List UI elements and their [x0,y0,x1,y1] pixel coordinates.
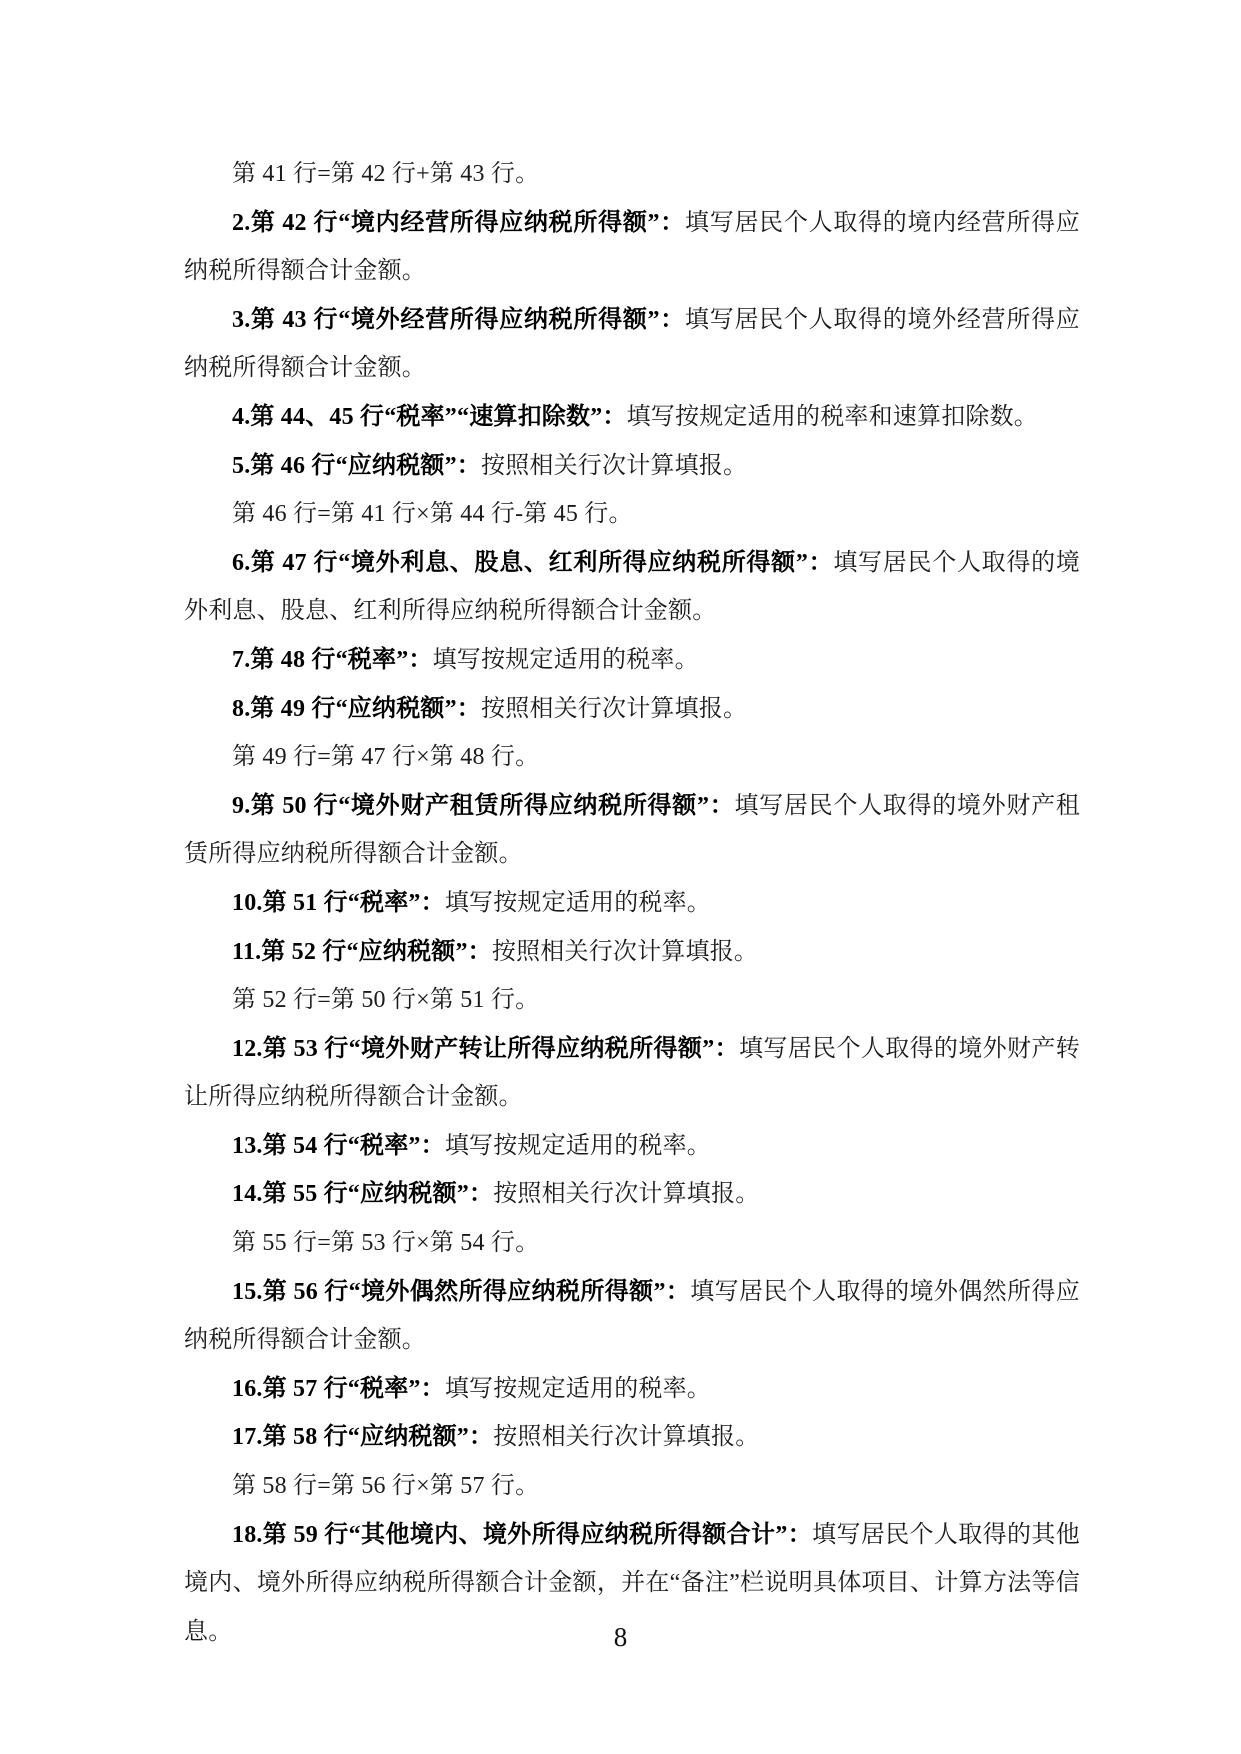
item-heading: 15.第 56 行“境外偶然所得应纳税所得额”： [232,1279,690,1305]
item-heading: 3.第 43 行“境外经营所得应纳税所得额”： [232,307,685,333]
formula-text: 第 41 行=第 42 行+第 43 行。 [232,161,539,187]
item-heading: 12.第 53 行“境外财产转让所得应纳税所得额”： [232,1036,739,1062]
paragraph-item: 2.第 42 行“境内经营所得应纳税所得额”：填写居民个人取得的境内经营所得应纳… [184,199,1080,296]
item-heading: 2.第 42 行“境内经营所得应纳税所得额”： [232,210,685,236]
paragraph-item: 13.第 54 行“税率”：填写按规定适用的税率。 [184,1122,1080,1171]
item-heading: 14.第 55 行“应纳税额”： [232,1181,493,1207]
document-page: 第 41 行=第 42 行+第 43 行。2.第 42 行“境内经营所得应纳税所… [0,0,1241,1754]
item-heading: 9.第 50 行“境外财产租赁所得应纳税所得额”： [232,793,734,819]
item-heading: 18.第 59 行“其他境内、境外所得应纳税所得额合计”： [232,1522,812,1548]
item-text: 按照相关行次计算填报。 [493,1181,759,1207]
item-heading: 4.第 44、45 行“税率”“速算扣除数”： [232,404,627,430]
document-body: 第 41 行=第 42 行+第 43 行。2.第 42 行“境内经营所得应纳税所… [184,150,1080,1656]
paragraph-item: 14.第 55 行“应纳税额”：按照相关行次计算填报。 [184,1170,1080,1219]
item-text: 按照相关行次计算填报。 [493,1424,759,1450]
formula-text: 第 58 行=第 56 行×第 57 行。 [232,1473,539,1499]
page-number: 8 [0,1622,1241,1652]
item-heading: 6.第 47 行“境外利息、股息、红利所得应纳税所得额”： [232,550,833,576]
item-text: 按照相关行次计算填报。 [492,939,758,965]
item-heading: 13.第 54 行“税率”： [232,1133,445,1159]
item-heading: 7.第 48 行“税率”： [232,647,433,673]
item-heading: 8.第 49 行“应纳税额”： [232,696,481,722]
paragraph-item: 15.第 56 行“境外偶然所得应纳税所得额”：填写居民个人取得的境外偶然所得应… [184,1268,1080,1365]
paragraph-item: 16.第 57 行“税率”：填写按规定适用的税率。 [184,1365,1080,1414]
paragraph-item: 10.第 51 行“税率”：填写按规定适用的税率。 [184,879,1080,928]
paragraph-item: 7.第 48 行“税率”：填写按规定适用的税率。 [184,636,1080,685]
paragraph-formula: 第 58 行=第 56 行×第 57 行。 [184,1462,1080,1511]
paragraph-formula: 第 52 行=第 50 行×第 51 行。 [184,976,1080,1025]
paragraph-formula: 第 49 行=第 47 行×第 48 行。 [184,733,1080,782]
paragraph-formula: 第 46 行=第 41 行×第 44 行-第 45 行。 [184,490,1080,539]
formula-text: 第 52 行=第 50 行×第 51 行。 [232,987,539,1013]
paragraph-item: 5.第 46 行“应纳税额”：按照相关行次计算填报。 [184,442,1080,491]
paragraph-item: 4.第 44、45 行“税率”“速算扣除数”：填写按规定适用的税率和速算扣除数。 [184,393,1080,442]
paragraph-item: 8.第 49 行“应纳税额”：按照相关行次计算填报。 [184,685,1080,734]
item-heading: 11.第 52 行“应纳税额”： [232,939,492,965]
item-heading: 5.第 46 行“应纳税额”： [232,453,481,479]
formula-text: 第 46 行=第 41 行×第 44 行-第 45 行。 [232,501,633,527]
paragraph-formula: 第 55 行=第 53 行×第 54 行。 [184,1219,1080,1268]
paragraph-item: 9.第 50 行“境外财产租赁所得应纳税所得额”：填写居民个人取得的境外财产租赁… [184,782,1080,879]
formula-text: 第 49 行=第 47 行×第 48 行。 [232,744,539,770]
formula-text: 第 55 行=第 53 行×第 54 行。 [232,1230,539,1256]
item-text: 填写按规定适用的税率。 [433,647,699,673]
paragraph-item: 12.第 53 行“境外财产转让所得应纳税所得额”：填写居民个人取得的境外财产转… [184,1025,1080,1122]
item-text: 按照相关行次计算填报。 [481,453,747,479]
item-heading: 10.第 51 行“税率”： [232,890,445,916]
paragraph-formula: 第 41 行=第 42 行+第 43 行。 [184,150,1080,199]
paragraph-item: 6.第 47 行“境外利息、股息、红利所得应纳税所得额”：填写居民个人取得的境外… [184,539,1080,636]
item-text: 按照相关行次计算填报。 [481,696,747,722]
item-text: 填写按规定适用的税率。 [445,890,711,916]
item-heading: 16.第 57 行“税率”： [232,1376,445,1402]
item-text: 填写按规定适用的税率。 [445,1133,711,1159]
paragraph-item: 17.第 58 行“应纳税额”：按照相关行次计算填报。 [184,1413,1080,1462]
item-heading: 17.第 58 行“应纳税额”： [232,1424,493,1450]
item-text: 填写按规定适用的税率。 [445,1376,711,1402]
item-text: 填写按规定适用的税率和速算扣除数。 [627,404,1038,430]
paragraph-item: 3.第 43 行“境外经营所得应纳税所得额”：填写居民个人取得的境外经营所得应纳… [184,296,1080,393]
paragraph-item: 11.第 52 行“应纳税额”：按照相关行次计算填报。 [184,928,1080,977]
